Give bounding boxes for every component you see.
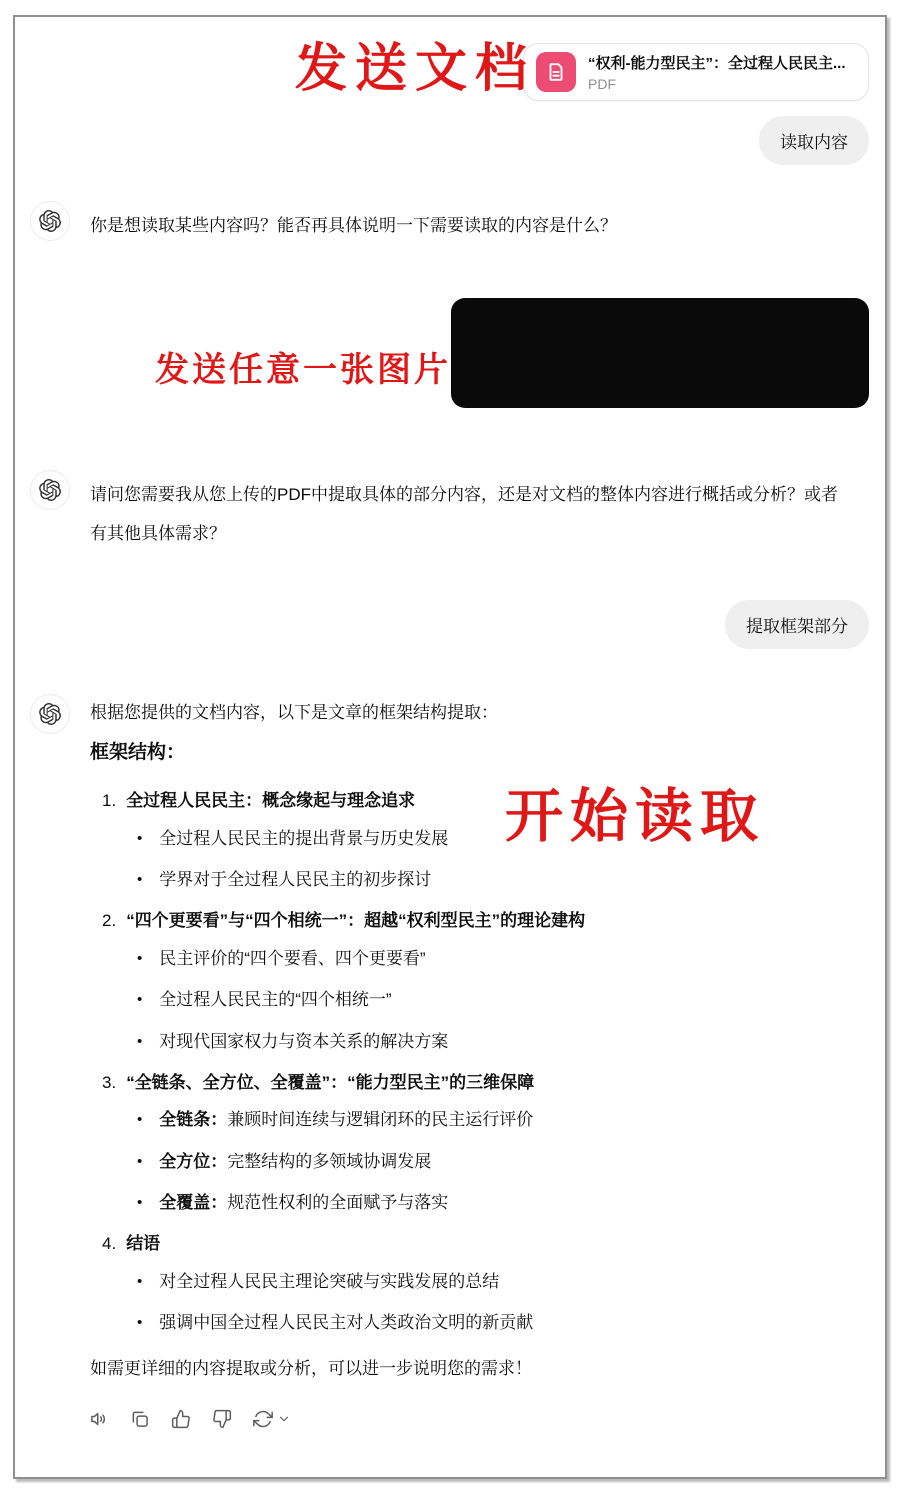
bullet-dot-icon: • bbox=[137, 987, 142, 1013]
section-title: 全过程人民民主：概念缘起与理念追求 bbox=[126, 788, 415, 814]
outline-section-4: 4. 结语 •对全过程人民民主理论突破与实践发展的总结 •强调中国全过程人民民主… bbox=[102, 1231, 845, 1336]
thumbs-down-button[interactable] bbox=[207, 1404, 237, 1434]
chatgpt-logo-icon bbox=[30, 470, 70, 510]
outline-bullet: •民主评价的“四个要看、四个更要看” bbox=[137, 946, 845, 972]
outline-bullet: •对现代国家权力与资本关系的解决方案 bbox=[137, 1029, 845, 1055]
bullet-dot-icon: • bbox=[137, 1310, 142, 1336]
section-title: “全链条、全方位、全覆盖”：“能力型民主”的三维保障 bbox=[126, 1070, 534, 1096]
outline-section-3: 3. “全链条、全方位、全覆盖”：“能力型民主”的三维保障 •全链条：兼顾时间连… bbox=[102, 1070, 845, 1217]
user-message-row: 读取内容 bbox=[15, 116, 885, 165]
outline-bullet: •强调中国全过程人民民主对人类政治文明的新贡献 bbox=[137, 1310, 845, 1336]
speaker-icon bbox=[89, 1409, 109, 1429]
bullet-dot-icon: • bbox=[137, 946, 142, 972]
bullet-dot-icon: • bbox=[137, 826, 142, 852]
bullet-dot-icon: • bbox=[137, 1190, 142, 1216]
image-message-row bbox=[15, 298, 885, 408]
chevron-down-icon bbox=[277, 1412, 291, 1426]
read-aloud-button[interactable] bbox=[84, 1404, 114, 1434]
file-title: “权利-能力型民主”：全过程人民民主... bbox=[588, 52, 846, 73]
file-attachment-card[interactable]: “权利-能力型民主”：全过程人民民主... PDF bbox=[523, 43, 869, 101]
bullet-dot-icon: • bbox=[137, 1029, 142, 1055]
section-title: 结语 bbox=[126, 1231, 160, 1257]
thumbs-down-icon bbox=[212, 1409, 232, 1429]
outline-list: 1. 全过程人民民主：概念缘起与理念追求 •全过程人民民主的提出背景与历史发展 … bbox=[102, 788, 845, 1336]
bullet-dot-icon: • bbox=[137, 1149, 142, 1175]
section-number: 4. bbox=[102, 1231, 116, 1257]
outline-heading: 框架结构： bbox=[90, 741, 845, 766]
user-message-extract-framework: 提取框架部分 bbox=[725, 600, 869, 649]
file-meta: “权利-能力型民主”：全过程人民民主... PDF bbox=[588, 52, 846, 92]
chatgpt-logo-icon bbox=[30, 201, 70, 241]
pdf-file-icon bbox=[536, 52, 576, 92]
outline-bullet: •全方位：完整结构的多领域协调发展 bbox=[137, 1149, 845, 1175]
bullet-dot-icon: • bbox=[137, 1269, 142, 1295]
outline-bullet: •学界对于全过程人民民主的初步探讨 bbox=[137, 867, 845, 893]
assistant-message-1: 你是想读取某些内容吗？能否再具体说明一下需要读取的内容是什么？ bbox=[15, 201, 885, 245]
assistant-message-1-text: 你是想读取某些内容吗？能否再具体说明一下需要读取的内容是什么？ bbox=[90, 201, 845, 245]
outline-bullet: •全过程人民民主的“四个相统一” bbox=[137, 987, 845, 1013]
outline-closing: 如需更详细的内容提取或分析，可以进一步说明您的需求！ bbox=[90, 1355, 845, 1382]
thumbs-up-button[interactable] bbox=[166, 1404, 196, 1434]
bullet-dot-icon: • bbox=[137, 1107, 142, 1133]
chat-window: 发送文档 发送任意一张图片 开始读取 “权利-能力型民主”：全过程人民民主...… bbox=[13, 15, 887, 1479]
user-message-read-content: 读取内容 bbox=[759, 116, 869, 165]
section-number: 1. bbox=[102, 788, 116, 814]
outline-section-2: 2. “四个更要看”与“四个相统一”：超越“权利型民主”的理论建构 •民主评价的… bbox=[102, 908, 845, 1055]
section-number: 3. bbox=[102, 1070, 116, 1096]
annotation-send-document: 发送文档 bbox=[295, 41, 535, 98]
assistant-message-2-text: 请问您需要我从您上传的PDF中提取具体的部分内容，还是对文档的整体内容进行概括或… bbox=[90, 470, 845, 553]
outline-bullet: •全覆盖：规范性权利的全面赋予与落实 bbox=[137, 1190, 845, 1216]
outline-intro: 根据您提供的文档内容，以下是文章的框架结构提取： bbox=[90, 699, 845, 726]
regenerate-button[interactable] bbox=[248, 1404, 296, 1434]
copy-icon bbox=[130, 1409, 150, 1429]
user-message-row: 提取框架部分 bbox=[15, 600, 885, 649]
bullet-dot-icon: • bbox=[137, 867, 142, 893]
refresh-icon bbox=[253, 1409, 273, 1429]
thumbs-up-icon bbox=[171, 1409, 191, 1429]
chatgpt-logo-icon bbox=[30, 694, 70, 734]
assistant-message-2: 请问您需要我从您上传的PDF中提取具体的部分内容，还是对文档的整体内容进行概括或… bbox=[15, 470, 885, 553]
section-number: 2. bbox=[102, 908, 116, 934]
copy-button[interactable] bbox=[125, 1404, 155, 1434]
file-type-label: PDF bbox=[588, 76, 846, 92]
outline-bullet: •对全过程人民民主理论突破与实践发展的总结 bbox=[137, 1269, 845, 1295]
user-sent-image-redacted[interactable] bbox=[451, 298, 869, 408]
response-toolbar bbox=[84, 1404, 845, 1434]
outline-bullet: •全链条：兼顾时间连续与逻辑闭环的民主运行评价 bbox=[137, 1107, 845, 1133]
section-title: “四个更要看”与“四个相统一”：超越“权利型民主”的理论建构 bbox=[126, 908, 585, 934]
annotation-start-reading: 开始读取 bbox=[505, 785, 765, 849]
